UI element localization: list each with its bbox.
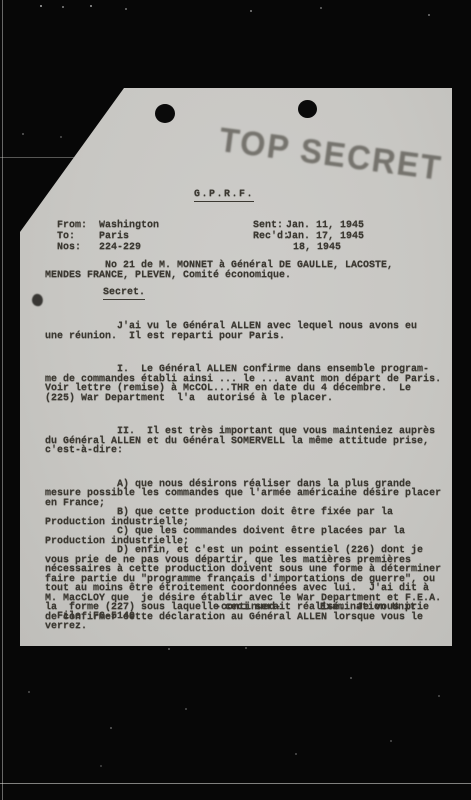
scan-edge-line (2, 0, 3, 800)
meta-from-value: Washington (99, 221, 159, 231)
meta-to-label: To: (57, 232, 75, 242)
meta-sent-label: Sent: (253, 221, 283, 231)
photostat-scan: TOP SECRET G.P.R.F. From: Washington To:… (0, 0, 471, 800)
paragraph-1: I. Le Général ALLEN confirme dans ensemb… (45, 365, 459, 403)
meta-sent-value: Jan. 11, 1945 (286, 221, 364, 231)
address-block: No 21 de M. MONNET à Général DE GAULLE, … (45, 261, 393, 280)
footnote-marker: x (183, 692, 187, 700)
meta-recd-value-2: 18, 1945 (293, 243, 341, 253)
continued-note: -continued- (215, 603, 281, 613)
top-secret-stamp: TOP SECRET (217, 121, 444, 189)
meta-to-value: Paris (99, 232, 129, 242)
doc-heading: G.P.R.F. (194, 190, 254, 202)
paragraph-last-text: Il est très important en effet que la dé… (45, 655, 453, 704)
paragraph-last: Il est très important en effet que la dé… (45, 656, 459, 705)
meta-recd-label: Rec'd: (253, 232, 289, 242)
meta-nos-label: Nos: (57, 243, 81, 253)
file-number: File FG-5140 (57, 612, 135, 622)
doc-heading-text: G.P.R.F. (194, 190, 254, 202)
punch-hole-left (155, 104, 175, 123)
secret-label-text: Secret. (103, 288, 145, 300)
scratch-line-bottom (0, 783, 471, 784)
body-text: J'ai vu le Général ALLEN avec lequel nou… (45, 303, 459, 723)
meta-recd-value: Jan. 17, 1945 (286, 232, 364, 242)
paragraph-intro: J'ai vu le Général ALLEN avec lequel nou… (45, 322, 459, 341)
paragraph-2: II. Il est très important que vous maint… (45, 427, 459, 456)
punch-hole-right (298, 100, 317, 118)
meta-from-label: From: (57, 221, 87, 231)
telegram-page: TOP SECRET G.P.R.F. From: Washington To:… (20, 88, 452, 646)
ink-smudge (30, 293, 44, 308)
dust-speckles (40, 5, 42, 7)
secret-label: Secret. (103, 288, 145, 300)
meta-nos-value: 224-229 (99, 243, 141, 253)
examination-unit-label: Examination Unit (320, 603, 416, 613)
